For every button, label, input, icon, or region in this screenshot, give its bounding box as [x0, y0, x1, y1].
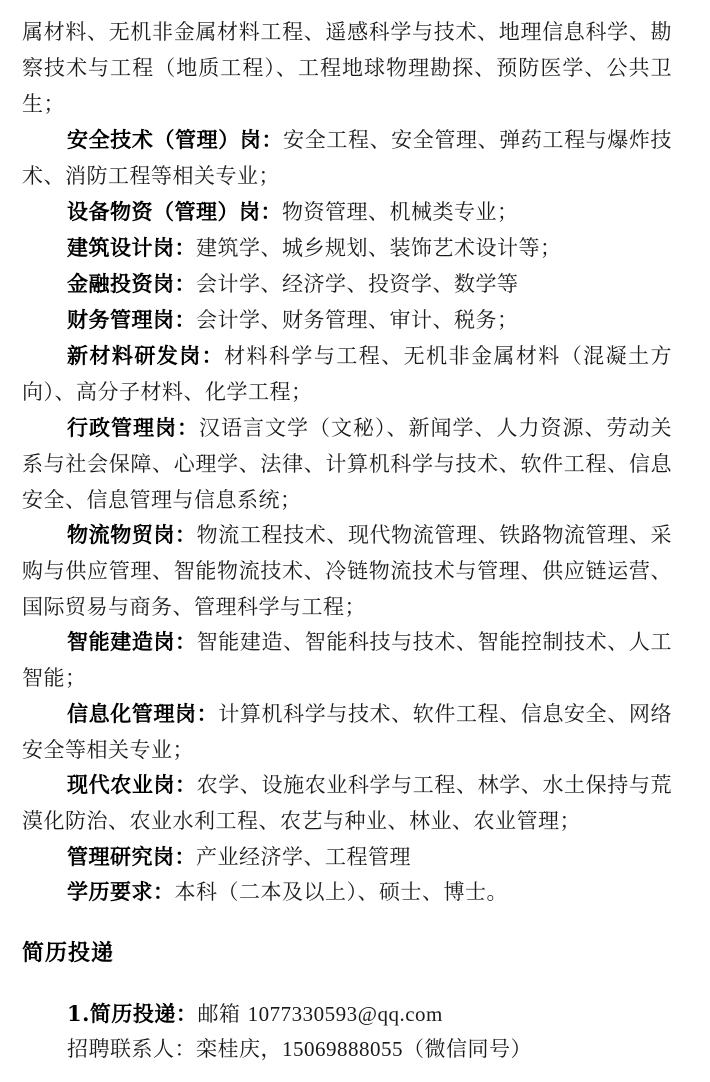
intro-paragraph: 属材料、无机非金属材料工程、遥感科学与技术、地理信息科学、勘察技术与工程（地质工… — [22, 14, 672, 122]
position-label: 安全技术（管理）岗： — [67, 127, 283, 152]
position-equipment: 设备物资（管理）岗：物资管理、机械类专业； — [22, 194, 672, 230]
position-majors: 产业经济学、工程管理 — [196, 845, 411, 869]
position-finance-investment: 金融投资岗：会计学、经济学、投资学、数学等 — [22, 266, 672, 302]
position-administration: 行政管理岗：汉语言文学（文秘）、新闻学、人力资源、劳动关系与社会保障、心理学、法… — [22, 410, 672, 518]
position-label: 行政管理岗： — [67, 415, 199, 440]
phone-number[interactable]: 15069888055 — [282, 1037, 403, 1061]
position-smart-construction: 智能建造岗：智能建造、智能科技与技术、智能控制技术、人工智能； — [22, 624, 672, 696]
email-link[interactable]: 1077330593@qq.com — [248, 1002, 443, 1026]
position-label: 现代农业岗： — [67, 772, 197, 797]
resume-section-heading: 简历投递 — [22, 936, 114, 967]
position-it-management: 信息化管理岗：计算机科学与技术、软件工程、信息安全、网络安全等相关专业； — [22, 696, 672, 768]
position-majors: 会计学、经济学、投资学、数学等 — [196, 272, 519, 296]
position-majors: 会计学、财务管理、审计、税务； — [196, 308, 519, 332]
resume-submit-line: 1.简历投递：邮箱 1077330593@qq.com — [22, 996, 672, 1032]
position-logistics: 物流物贸岗：物流工程技术、现代物流管理、铁路物流管理、采购与供应管理、智能物流技… — [22, 517, 672, 625]
document-page: 属材料、无机非金属材料工程、遥感科学与技术、地理信息科学、勘察技术与工程（地质工… — [0, 0, 710, 1082]
position-safety-tech: 安全技术（管理）岗：安全工程、安全管理、弹药工程与爆炸技术、消防工程等相关专业； — [22, 122, 672, 194]
phone-note: （微信同号） — [403, 1037, 532, 1061]
education-value: 本科（二本及以上）、硕士、博士。 — [175, 880, 509, 904]
position-new-materials: 新材料研发岗：材料科学与工程、无机非金属材料（混凝土方向）、高分子材料、化学工程… — [22, 338, 672, 410]
position-label: 管理研究岗： — [67, 844, 196, 869]
education-label: 学历要求： — [67, 879, 175, 904]
position-modern-agriculture: 现代农业岗：农学、设施农业科学与工程、林学、水土保持与荒漠化防治、农业水利工程、… — [22, 767, 672, 839]
position-label: 设备物资（管理）岗： — [67, 199, 282, 224]
position-financial-management: 财务管理岗：会计学、财务管理、审计、税务； — [22, 302, 672, 338]
position-label: 物流物贸岗： — [67, 522, 197, 547]
position-label: 建筑设计岗： — [67, 235, 196, 260]
contact-line: 招聘联系人：栾桂庆，15069888055（微信同号） — [22, 1031, 672, 1067]
position-management-research: 管理研究岗：产业经济学、工程管理 — [22, 839, 672, 875]
resume-submit-label: 1.简历投递： — [67, 1001, 197, 1026]
position-majors: 物资管理、机械类专业； — [282, 200, 519, 224]
contact-label: 招聘联系人： — [67, 1037, 196, 1061]
position-label: 智能建造岗： — [67, 629, 197, 654]
position-majors: 建筑学、城乡规划、装饰艺术设计等； — [196, 236, 562, 260]
position-label: 金融投资岗： — [67, 271, 196, 296]
position-label: 新材料研发岗： — [67, 343, 224, 368]
position-label: 财务管理岗： — [67, 307, 196, 332]
email-prefix: 邮箱 — [197, 1002, 247, 1026]
contact-name: 栾桂庆， — [196, 1037, 282, 1061]
education-requirement: 学历要求：本科（二本及以上）、硕士、博士。 — [22, 874, 672, 910]
position-architecture: 建筑设计岗：建筑学、城乡规划、装饰艺术设计等； — [22, 230, 672, 266]
intro-text: 属材料、无机非金属材料工程、遥感科学与技术、地理信息科学、勘察技术与工程（地质工… — [22, 20, 672, 116]
position-label: 信息化管理岗： — [67, 701, 218, 726]
